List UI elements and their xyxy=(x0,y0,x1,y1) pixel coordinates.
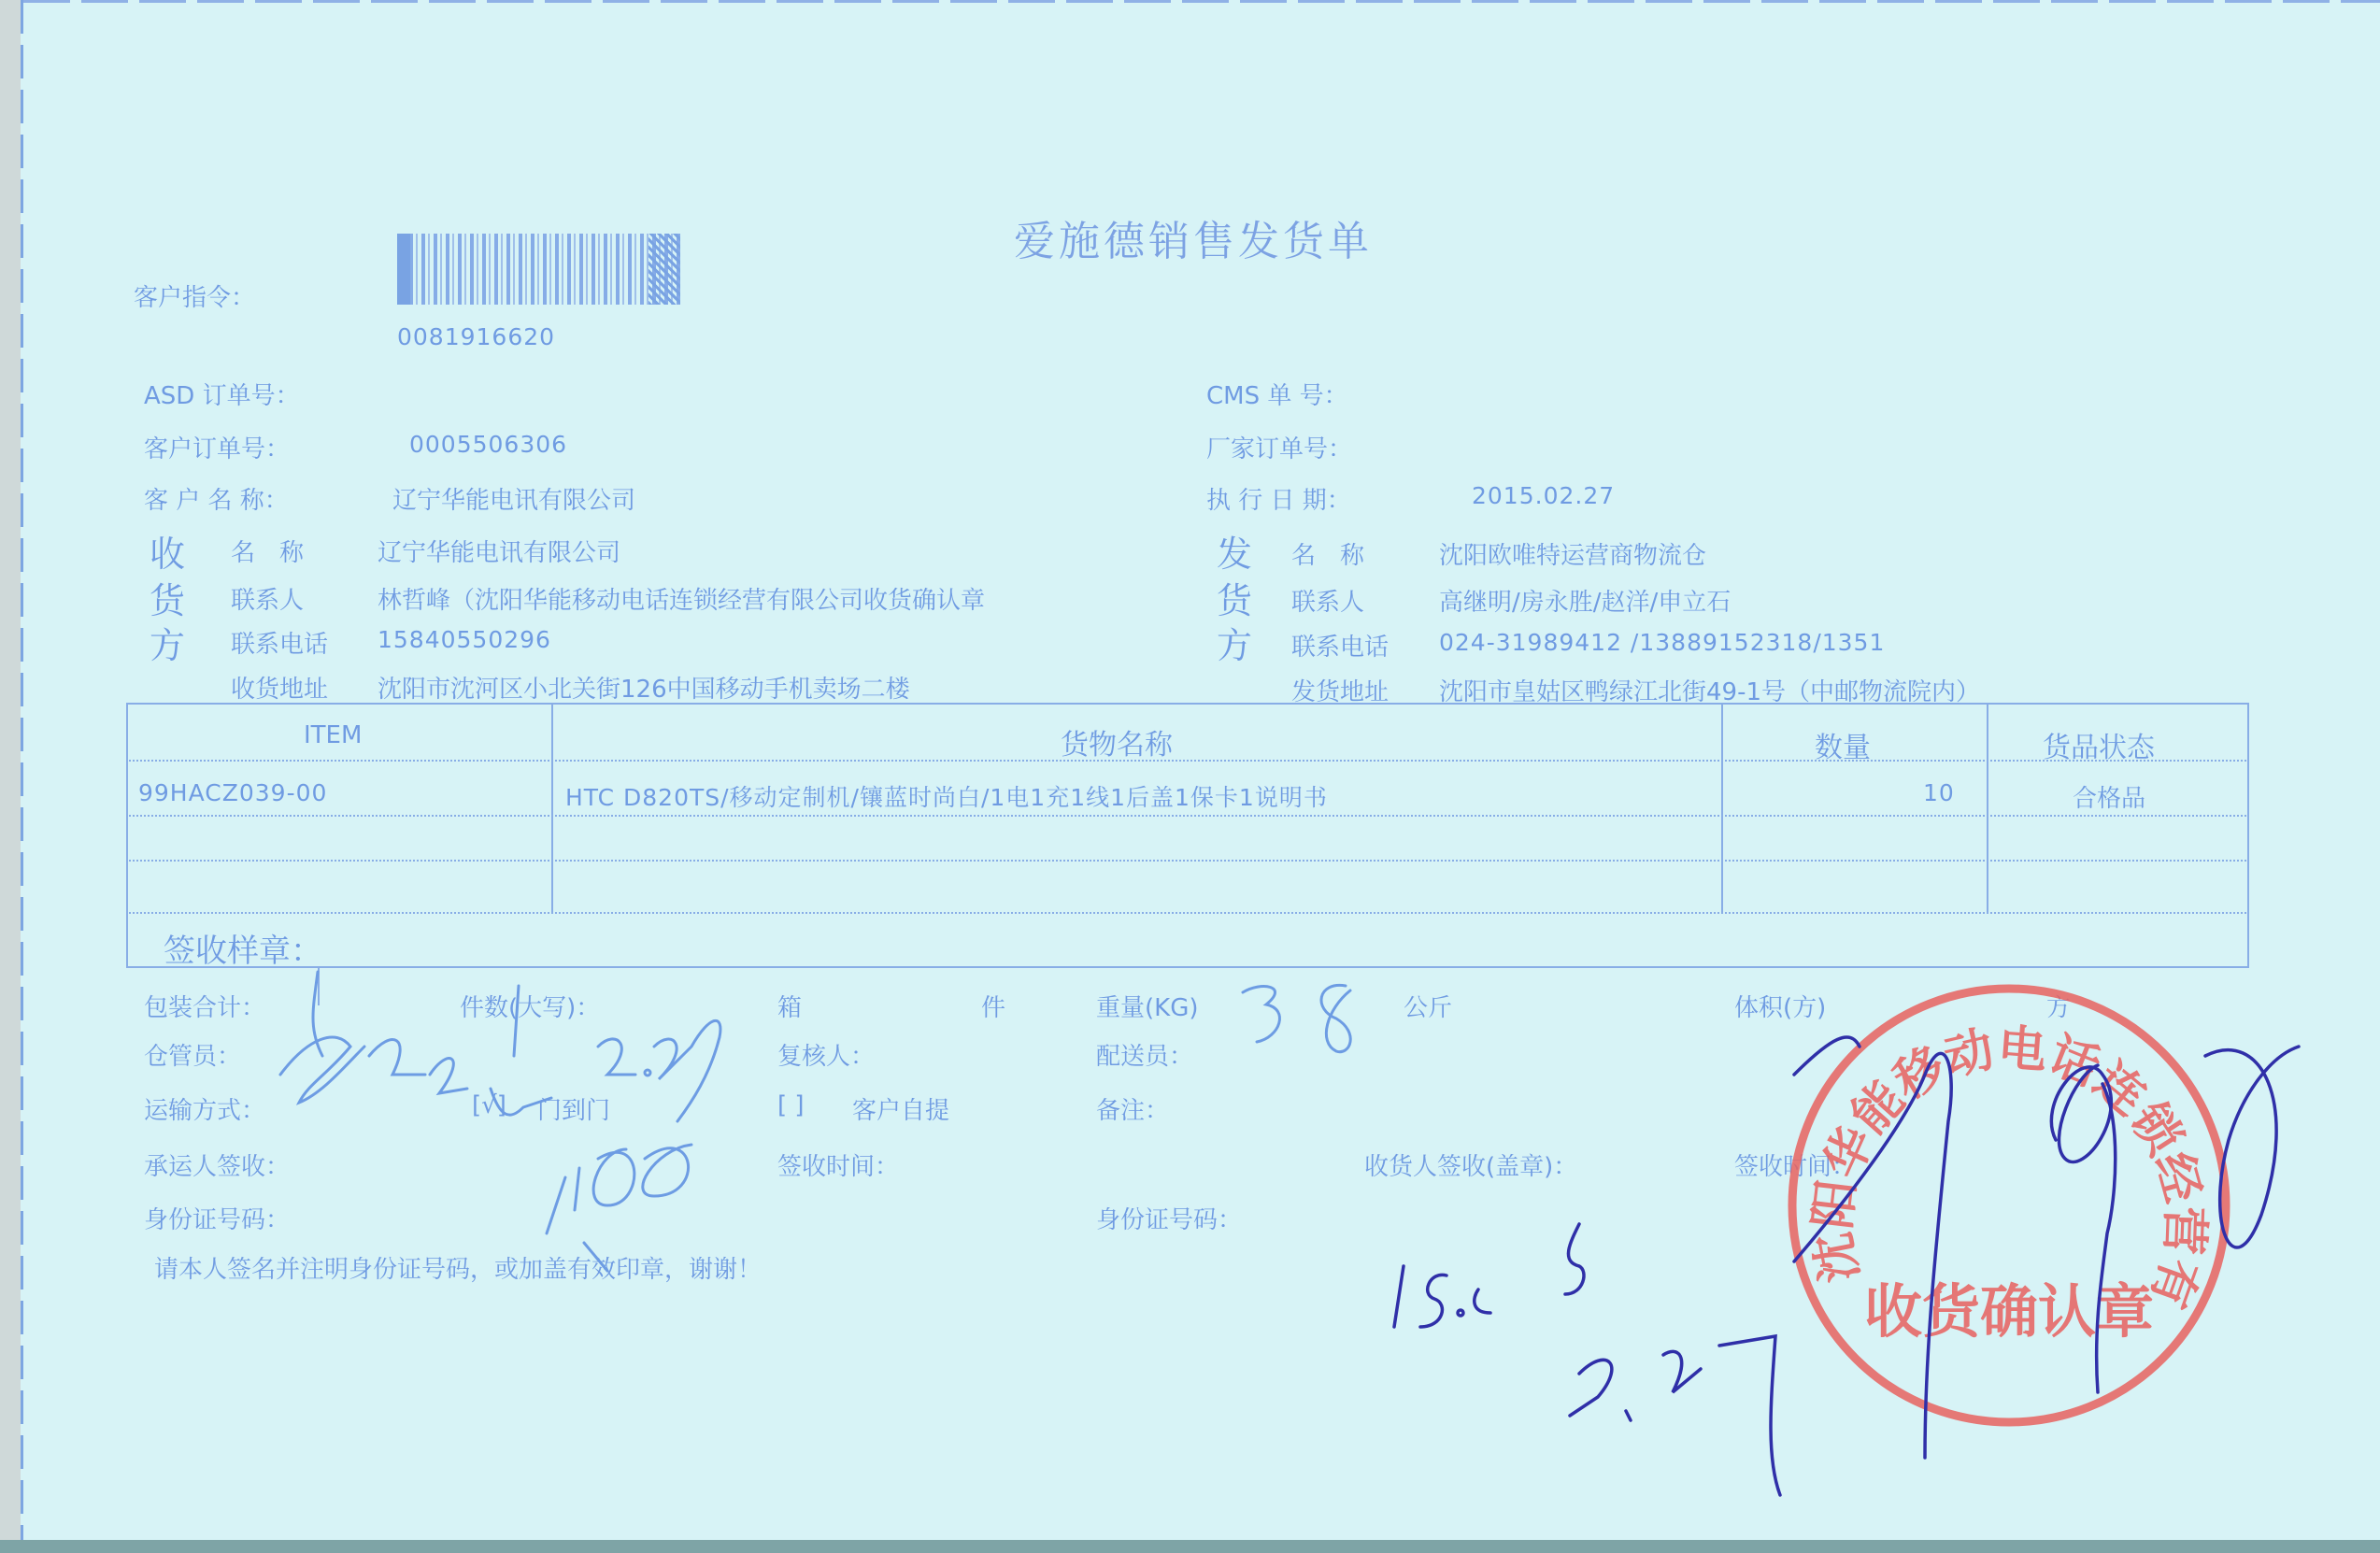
receipt-stamp: 沈阳华能移动电话连锁经营有限公司 收货确认章 xyxy=(1775,981,2243,1448)
sender-phone-label: 联系电话 xyxy=(1291,628,1389,663)
id-number-right-label: 身份证号码： xyxy=(1096,1201,1242,1235)
customer-name-value: 辽宁华能电讯有限公司 xyxy=(392,481,635,516)
table-header-item: ITEM xyxy=(304,721,362,749)
table-header-status: 货品状态 xyxy=(2043,724,2155,765)
row-name: HTC D820TS/移动定制机/镶蓝时尚白/1电1充1线1后盖1保卡1说明书 xyxy=(565,779,1328,813)
deliverer-label: 配送员： xyxy=(1096,1037,1193,1072)
self-pickup-label: 客户自提 xyxy=(852,1091,949,1126)
cubic-label: 方 xyxy=(2046,989,2071,1023)
factory-order-label: 厂家订单号： xyxy=(1206,430,1352,464)
table-header-name: 货物名称 xyxy=(1061,721,1173,762)
receiver-contact: 林哲峰（沈阳华能移动电话连锁经营有限公司收货确认章 xyxy=(378,581,985,616)
receiver-side-2: 货 xyxy=(150,572,185,623)
table-rule xyxy=(126,912,2249,914)
carrier-sign-label: 承运人签收： xyxy=(144,1147,290,1182)
table-col-rule xyxy=(1987,703,1988,912)
cms-no-label: CMS 单 号： xyxy=(1206,377,1348,411)
reviewer-label: 复核人： xyxy=(777,1037,875,1072)
package-total-label: 包装合计： xyxy=(144,989,265,1023)
exec-date-value: 2015.02.27 xyxy=(1472,482,1615,509)
transport-label: 运输方式： xyxy=(144,1091,265,1126)
perforation-left xyxy=(21,0,23,1553)
pieces-caps-label: 件数(大写)： xyxy=(460,989,600,1023)
goods-table xyxy=(126,703,2249,968)
notice-text: 请本人签名并注明身份证号码，或加盖有效印章，谢谢！ xyxy=(154,1250,762,1285)
customer-name-label: 客 户 名 称： xyxy=(144,481,289,516)
sender-contact-label: 联系人 xyxy=(1291,583,1364,618)
document-title: 爱施德销售发货单 xyxy=(1014,207,1373,267)
table-col-rule xyxy=(1721,703,1723,912)
table-col-rule xyxy=(551,703,553,912)
receiver-phone: 15840550296 xyxy=(378,626,551,653)
table-rule xyxy=(126,815,2249,817)
stamp-center-text: 收货确认章 xyxy=(1864,1277,2154,1346)
receiver-side-3: 方 xyxy=(150,617,185,668)
perforation-top xyxy=(23,0,2380,3)
sender-phone: 024-31989412 /13889152318/1351 xyxy=(1439,629,1885,656)
self-pickup-checkbox: [ ] xyxy=(777,1091,805,1119)
table-sign-rule xyxy=(318,968,320,1005)
kg-label: 公斤 xyxy=(1404,989,1452,1023)
receiver-sign-time-label: 签收时间： xyxy=(1734,1147,1856,1182)
customer-order-label: 客户订单号： xyxy=(144,430,290,464)
sender-side-1: 发 xyxy=(1217,525,1252,577)
sign-time-label: 签收时间： xyxy=(777,1147,899,1182)
piece-label: 件 xyxy=(981,989,1005,1023)
remarks-label: 备注： xyxy=(1096,1091,1169,1126)
sender-contact: 高继明/房永胜/赵洋/申立石 xyxy=(1439,583,1731,618)
table-rule xyxy=(126,860,2249,862)
table-header-qty: 数量 xyxy=(1815,724,1871,765)
receiver-address-label: 收货地址 xyxy=(231,670,328,705)
id-number-label: 身份证号码： xyxy=(144,1201,290,1235)
paper-bottom-edge xyxy=(0,1540,2380,1553)
table-rule xyxy=(126,760,2249,762)
barcode xyxy=(397,234,680,305)
sender-name-label: 名 称 xyxy=(1291,536,1364,571)
receiver-name-label: 名 称 xyxy=(231,534,304,568)
receiver-contact-label: 联系人 xyxy=(231,581,304,616)
volume-label: 体积(方) xyxy=(1734,989,1826,1023)
sender-side-2: 货 xyxy=(1217,572,1252,623)
door-to-door-checkbox: [√] xyxy=(472,1091,506,1119)
receiver-address: 沈阳市沈河区小北关街126中国移动手机卖场二楼 xyxy=(378,670,910,705)
receiver-phone-label: 联系电话 xyxy=(231,625,328,660)
row-status: 合格品 xyxy=(2073,779,2145,814)
exec-date-label: 执 行 日 期： xyxy=(1206,481,1351,516)
sender-name: 沈阳欧唯特运营商物流仓 xyxy=(1439,536,1706,571)
weight-label: 重量(KG) xyxy=(1096,989,1199,1023)
row-item: 99HACZ039-00 xyxy=(138,779,327,806)
receiver-name: 辽宁华能电讯有限公司 xyxy=(378,534,620,568)
receiver-side-1: 收 xyxy=(150,525,185,577)
barcode-number: 0081916620 xyxy=(397,323,555,350)
receiver-sign-label: 收货人签收(盖章)： xyxy=(1364,1147,1577,1182)
customer-instruction-label: 客户指令： xyxy=(134,278,255,313)
box-label: 箱 xyxy=(777,989,802,1023)
sender-side-3: 方 xyxy=(1217,617,1252,668)
door-to-door-label: 门到门 xyxy=(537,1091,610,1126)
row-qty: 10 xyxy=(1923,779,1955,806)
asd-order-label: ASD 订单号： xyxy=(144,377,300,411)
customer-order-value: 0005506306 xyxy=(409,431,567,458)
warehouse-keeper-label: 仓管员： xyxy=(144,1037,241,1072)
sign-sample-label: 签收样章： xyxy=(164,925,322,971)
paper-left-strip xyxy=(0,0,21,1553)
